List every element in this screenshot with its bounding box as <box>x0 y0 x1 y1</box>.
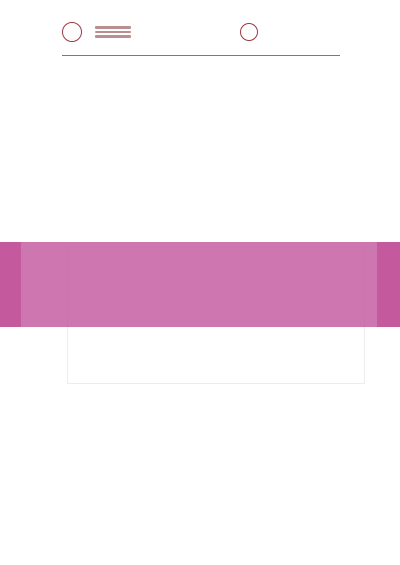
title-banner <box>0 242 400 327</box>
paragraph-2 <box>62 443 340 462</box>
cafr-seal-icon <box>240 23 258 41</box>
saif-logo <box>62 22 131 42</box>
paragraph-1 <box>62 84 340 103</box>
banner-edge-left <box>0 242 21 327</box>
saif-seal-icon <box>62 22 82 42</box>
saif-logo-subtext <box>95 26 131 38</box>
banner-edge-right <box>377 242 400 327</box>
cafr-logo <box>240 23 271 41</box>
header-divider <box>62 55 340 56</box>
